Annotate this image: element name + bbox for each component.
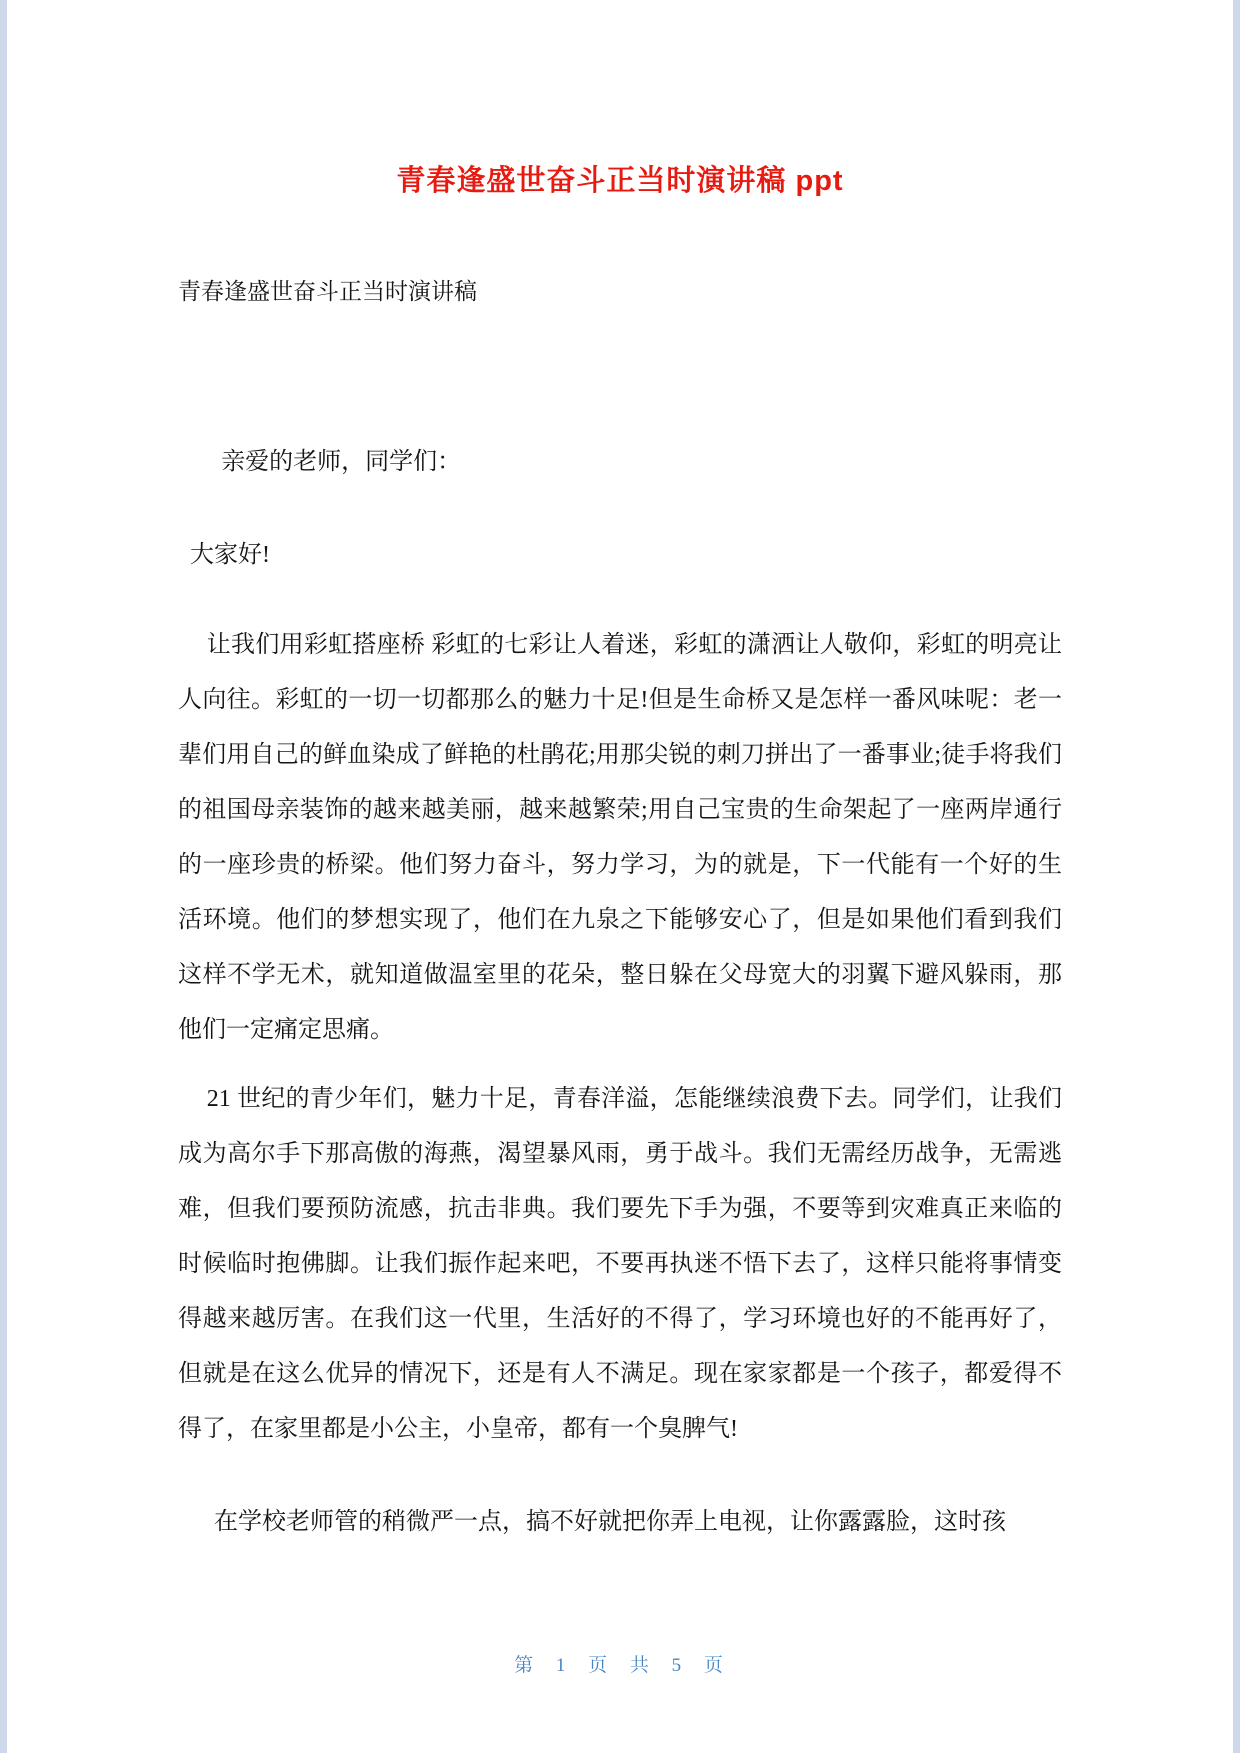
left-edge-accent-bar bbox=[0, 0, 7, 1753]
salutation-line: 大家好! bbox=[178, 539, 1062, 572]
page-number-footer: 第 1 页 共 5 页 bbox=[0, 1650, 1240, 1677]
document-page: 青春逢盛世奋斗正当时演讲稿 ppt 青春逢盛世奋斗正当时演讲稿 亲爱的老师，同学… bbox=[0, 0, 1240, 1753]
paragraph: 在学校老师管的稍微严一点，搞不好就把你弄上电视，让你露露脸，这时孩 bbox=[178, 1495, 1062, 1550]
document-body: 青春逢盛世奋斗正当时演讲稿 亲爱的老师，同学们： 大家好! 让我们用彩虹搭座桥 … bbox=[0, 276, 1240, 1550]
paragraph: 让我们用彩虹搭座桥 彩虹的七彩让人着迷，彩虹的潇洒让人敬仰，彩虹的明亮让人向往。… bbox=[178, 618, 1062, 1058]
greeting-line: 亲爱的老师，同学们： bbox=[178, 446, 1062, 479]
document-title: 青春逢盛世奋斗正当时演讲稿 ppt bbox=[0, 0, 1240, 202]
paragraph: 21 世纪的青少年们，魅力十足，青春洋溢，怎能继续浪费下去。同学们，让我们成为高… bbox=[178, 1072, 1062, 1457]
right-edge-accent-bar bbox=[1233, 0, 1240, 1753]
document-subtitle: 青春逢盛世奋斗正当时演讲稿 bbox=[178, 276, 1062, 308]
